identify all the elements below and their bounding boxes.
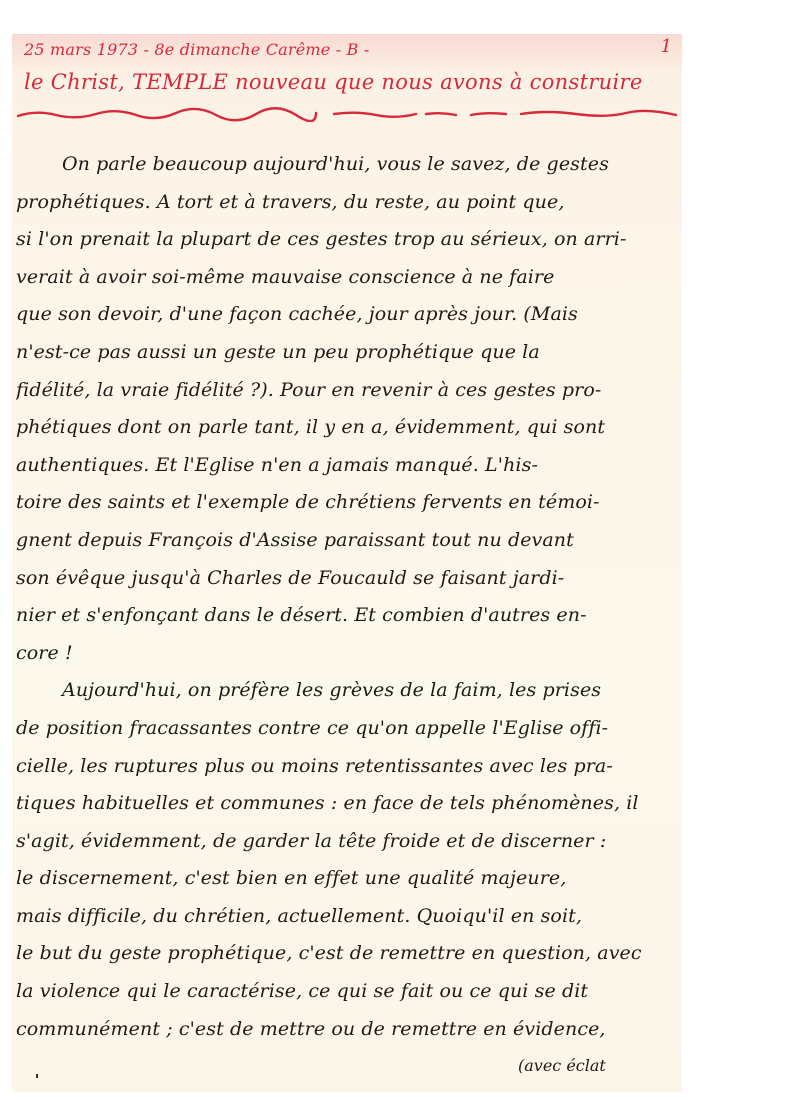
text-line: mais difficile, du chrétien, actuellemen… [16,898,680,936]
title-wavy-underline [16,106,678,122]
text-line: que son devoir, d'une façon cachée, jour… [16,296,680,334]
text-line: de position fracassantes contre ce qu'on… [16,710,680,748]
text-line: verait à avoir soi-même mauvaise conscie… [16,259,680,297]
text-line: nier et s'enfonçant dans le désert. Et c… [16,597,680,635]
text-line: Aujourd'hui, on préfère les grèves de la… [16,672,680,710]
text-line: n'est-ce pas aussi un geste un peu proph… [16,341,540,363]
text-line: fidélité, la vraie fidélité ?). Pour en … [16,372,680,410]
text-line: si l'on prenait la plupart de ces gestes… [16,221,680,259]
text-line: le discernement, c'est bien en effet une… [16,860,680,898]
sermon-body: On parle beaucoup aujourd'hui, vous le s… [16,146,680,1048]
header-date-line: 25 mars 1973 - 8e dimanche Carême - B - [24,40,370,59]
manuscript-page: 25 mars 1973 - 8e dimanche Carême - B - … [12,34,682,1092]
text-line: son évêque jusqu'à Charles de Foucauld s… [16,560,680,598]
text-line: On parle beaucoup aujourd'hui, vous le s… [16,146,680,184]
text-line: prophétiques. A tort et à travers, du re… [16,184,680,222]
text-line: authentiques. Et l'Eglise n'en a jamais … [16,447,680,485]
ink-mark [36,1074,38,1078]
text-line: phétiques dont on parle tant, il y en a,… [16,409,680,447]
text-line: core ! [16,635,680,673]
text-line-with-insert: après tout, n'est-ce pas aussi un geste … [16,334,680,372]
text-line: communément ; c'est de mettre ou de reme… [16,1011,680,1049]
text-line: gnent depuis François d'Assise paraissan… [16,522,680,560]
text-line: le but du geste prophétique, c'est de re… [16,935,680,973]
text-line: la violence qui le caractérise, ce qui s… [16,973,680,1011]
footer-annotation: (avec éclat [518,1056,606,1075]
text-line: toire des saints et l'exemple de chrétie… [16,484,680,522]
page-number: 1 [661,36,672,57]
text-line: tiques habituelles et communes : en face… [16,785,680,823]
sermon-title: le Christ, TEMPLE nouveau que nous avons… [24,70,643,94]
text-line: s'agit, évidemment, de garder la tête fr… [16,823,680,861]
text-line: cielle, les ruptures plus ou moins reten… [16,748,680,786]
